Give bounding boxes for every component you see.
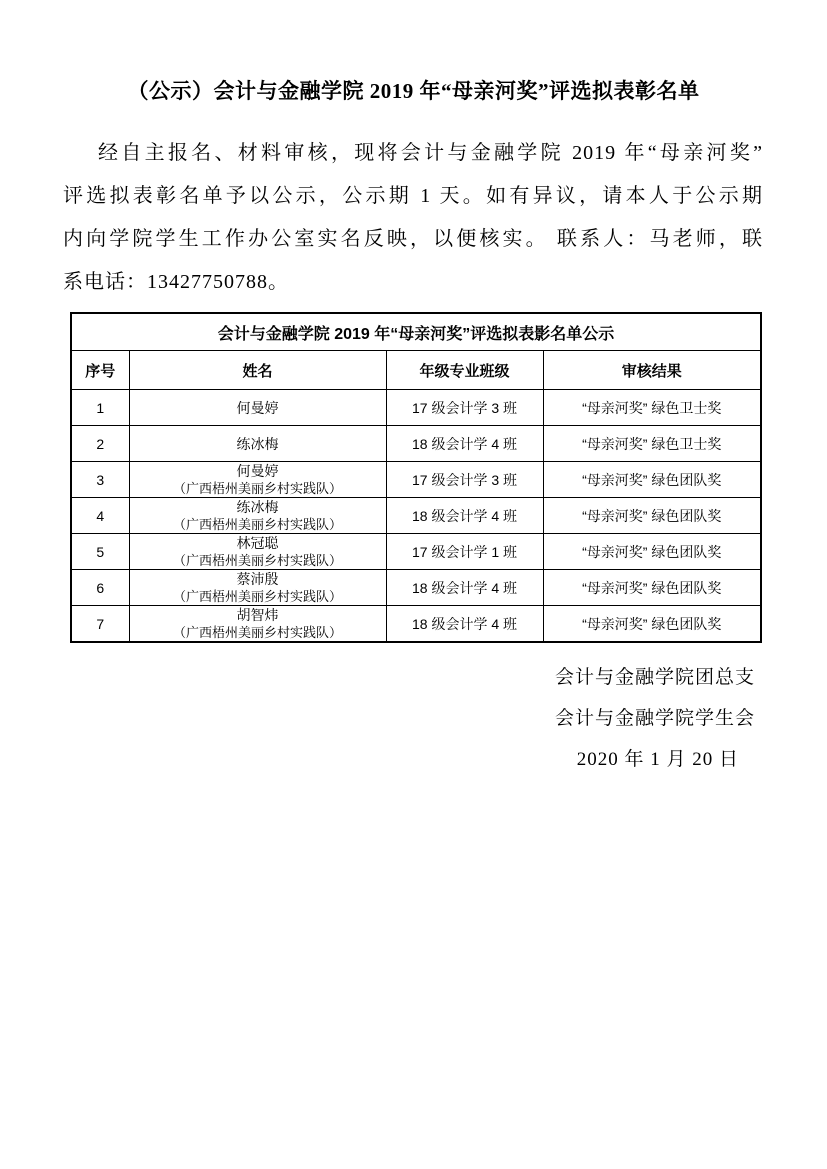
signoff-block: 会计与金融学院团总支 会计与金融学院学生会 2020 年 1 月 20 日 <box>0 657 755 780</box>
paragraph-line: 内向学院学生工作办公室实名反映，以便核实。 联系人：马老师，联 <box>63 218 763 261</box>
cell-result: “母亲河奖” 绿色卫士奖 <box>543 390 761 426</box>
body-paragraph: 经自主报名、材料审核，现将会计与金融学院 2019 年“母亲河奖” 评选拟表彰名… <box>63 132 763 304</box>
cell-name: 何曼婷 （广西梧州美丽乡村实践队） <box>129 462 386 498</box>
paragraph-line: 经自主报名、材料审核，现将会计与金融学院 2019 年“母亲河奖” <box>63 132 763 175</box>
cell-name: 练冰梅 （广西梧州美丽乡村实践队） <box>129 498 386 534</box>
table-row: 5 林冠聪 （广西梧州美丽乡村实践队） 17 级会计学 1 班 “母亲河奖” 绿… <box>71 534 761 570</box>
cell-no: 3 <box>71 462 129 498</box>
table-row: 2 练冰梅 18 级会计学 4 班 “母亲河奖” 绿色卫士奖 <box>71 426 761 462</box>
cell-no: 1 <box>71 390 129 426</box>
cell-team-text: （广西梧州美丽乡村实践队） <box>132 516 384 533</box>
column-header-result: 审核结果 <box>543 351 761 390</box>
cell-class: 18 级会计学 4 班 <box>386 498 543 534</box>
table-row: 4 练冰梅 （广西梧州美丽乡村实践队） 18 级会计学 4 班 “母亲河奖” 绿… <box>71 498 761 534</box>
paragraph-line: 评选拟表彰名单予以公示，公示期 1 天。如有异议，请本人于公示期 <box>63 175 763 218</box>
column-header-name: 姓名 <box>129 351 386 390</box>
table-header-row: 序号 姓名 年级专业班级 审核结果 <box>71 351 761 390</box>
cell-name-text: 练冰梅 <box>132 499 384 516</box>
table-title: 会计与金融学院 2019 年“母亲河奖”评选拟表影名单公示 <box>71 313 761 351</box>
column-header-no: 序号 <box>71 351 129 390</box>
cell-team-text: （广西梧州美丽乡村实践队） <box>132 588 384 605</box>
cell-result: “母亲河奖” 绿色团队奖 <box>543 606 761 643</box>
paragraph-line: 系电话：13427750788。 <box>63 261 763 304</box>
cell-result: “母亲河奖” 绿色团队奖 <box>543 534 761 570</box>
document-page: （公示）会计与金融学院 2019 年“母亲河奖”评选拟表彰名单 经自主报名、材料… <box>0 0 827 1169</box>
cell-name-text: 何曼婷 <box>132 463 384 480</box>
column-header-class: 年级专业班级 <box>386 351 543 390</box>
cell-class: 18 级会计学 4 班 <box>386 426 543 462</box>
cell-result: “母亲河奖” 绿色卫士奖 <box>543 426 761 462</box>
table-row: 3 何曼婷 （广西梧州美丽乡村实践队） 17 级会计学 3 班 “母亲河奖” 绿… <box>71 462 761 498</box>
cell-team-text: （广西梧州美丽乡村实践队） <box>132 480 384 497</box>
cell-name-text: 胡智炜 <box>132 607 384 624</box>
page-title: （公示）会计与金融学院 2019 年“母亲河奖”评选拟表彰名单 <box>40 76 787 106</box>
table-title-row: 会计与金融学院 2019 年“母亲河奖”评选拟表影名单公示 <box>71 313 761 351</box>
cell-team-text: （广西梧州美丽乡村实践队） <box>132 552 384 569</box>
cell-result: “母亲河奖” 绿色团队奖 <box>543 498 761 534</box>
cell-name: 胡智炜 （广西梧州美丽乡村实践队） <box>129 606 386 643</box>
cell-name: 练冰梅 <box>129 426 386 462</box>
table-row: 7 胡智炜 （广西梧州美丽乡村实践队） 18 级会计学 4 班 “母亲河奖” 绿… <box>71 606 761 643</box>
cell-class: 17 级会计学 1 班 <box>386 534 543 570</box>
cell-class: 17 级会计学 3 班 <box>386 462 543 498</box>
cell-name: 何曼婷 <box>129 390 386 426</box>
signoff-date: 2020 年 1 月 20 日 <box>0 739 739 780</box>
award-notice-table: 会计与金融学院 2019 年“母亲河奖”评选拟表影名单公示 序号 姓名 年级专业… <box>70 312 762 643</box>
cell-class: 18 级会计学 4 班 <box>386 570 543 606</box>
cell-result: “母亲河奖” 绿色团队奖 <box>543 462 761 498</box>
cell-name: 蔡沛殷 （广西梧州美丽乡村实践队） <box>129 570 386 606</box>
cell-name-text: 林冠聪 <box>132 535 384 552</box>
table-row: 6 蔡沛殷 （广西梧州美丽乡村实践队） 18 级会计学 4 班 “母亲河奖” 绿… <box>71 570 761 606</box>
table-row: 1 何曼婷 17 级会计学 3 班 “母亲河奖” 绿色卫士奖 <box>71 390 761 426</box>
cell-name-text: 蔡沛殷 <box>132 571 384 588</box>
cell-no: 7 <box>71 606 129 643</box>
cell-class: 18 级会计学 4 班 <box>386 606 543 643</box>
cell-team-text: （广西梧州美丽乡村实践队） <box>132 624 384 641</box>
cell-result: “母亲河奖” 绿色团队奖 <box>543 570 761 606</box>
signoff-org-student-union: 会计与金融学院学生会 <box>0 698 755 739</box>
cell-no: 6 <box>71 570 129 606</box>
cell-no: 5 <box>71 534 129 570</box>
cell-class: 17 级会计学 3 班 <box>386 390 543 426</box>
signoff-org-league: 会计与金融学院团总支 <box>0 657 755 698</box>
cell-no: 4 <box>71 498 129 534</box>
cell-no: 2 <box>71 426 129 462</box>
cell-name: 林冠聪 （广西梧州美丽乡村实践队） <box>129 534 386 570</box>
